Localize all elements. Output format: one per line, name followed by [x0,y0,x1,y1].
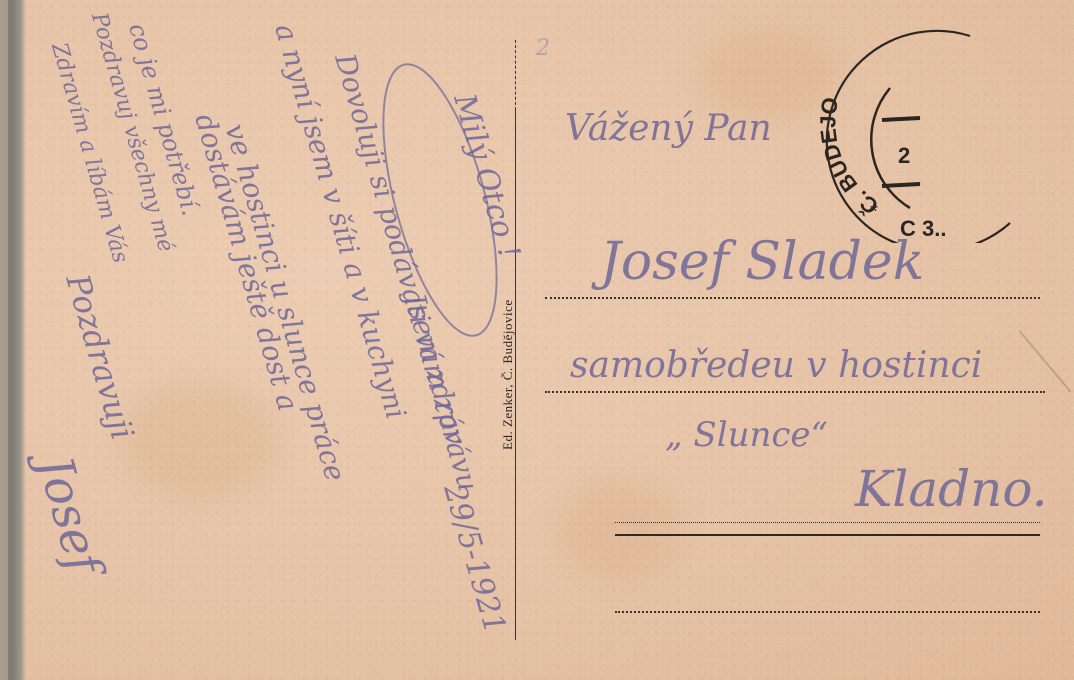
address-line-5 [615,611,1040,613]
address-line-inn: „ Slunce“ [665,415,828,455]
paper-stain [560,480,680,580]
address-city: Kladno. [855,460,1047,518]
postmark-star: * [870,201,878,223]
message-date: 29/5-1921 [436,480,512,638]
address-salutation: Vážený Pan [565,108,772,149]
postcard-back: Ed. Zenker, Č. Budějovice 2 Č. BUDĚJO 2 … [0,0,1074,680]
address-line-4 [615,534,1040,536]
address-name: Josef Sladek [600,232,924,292]
address-line-occupation: samobředeu v hostinci [570,345,982,386]
paper-stain [120,380,280,500]
postmark-stamp: Č. BUDĚJO 2 * C 3.. [820,18,1020,243]
paper-stain [700,30,840,120]
paper-crease [1018,330,1071,393]
message-closing: Pozdravuji [58,270,141,444]
postmark-date: 2 [898,143,910,168]
address-line-1 [545,297,1040,299]
card-edge-strip [0,0,26,680]
message-signature: Josef [26,450,113,580]
address-line-2 [545,391,1045,393]
address-line-3 [615,522,1040,523]
pencil-mark: 2 [536,36,550,61]
